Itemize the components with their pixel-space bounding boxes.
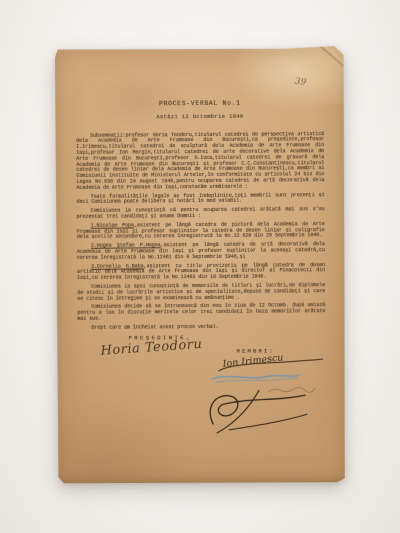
- blue-pencil-signature-scribble: [209, 369, 303, 388]
- paragraph-memoriile: Comisiunea ia apoi cunoștință de memorii…: [77, 283, 325, 302]
- paragraph-closing: Drept care am încheiat acest proces verb…: [77, 324, 325, 332]
- paper-sheet: 39 PROCES-VERBAL No.1 Astăzi 12 Octombri…: [54, 46, 346, 485]
- member-signature-flourish: [199, 387, 311, 436]
- document-date: Astăzi 12 Octombrie 1946: [76, 114, 324, 122]
- president-signature: Horia Teodoru: [100, 337, 203, 359]
- pencil-note-scribble: [267, 385, 317, 395]
- paragraph-candidates-intro: Comisiunea ia cunoștință că pentru ocupa…: [77, 207, 325, 220]
- document-title: PROCES-VERBAL No.1: [76, 100, 324, 108]
- paragraph-intro: Subsemnații:profesor Horia Teodoru,titul…: [76, 132, 324, 192]
- paragraph-decision: Comisiunea decide să se întrunească din …: [77, 303, 325, 322]
- paragraph-formalities: Toate formalitățile legale au fost îndep…: [77, 193, 325, 206]
- signature-block: PREȘEDINTE, Horia Teodoru MEMBRI: Ion Ir…: [56, 333, 346, 485]
- candidate-item: 3.Corneliu G.Baba,asistent cu titlu prov…: [77, 263, 325, 282]
- candidate-item: 2.Hogea Ștefan P.Hogea,asistent pe lângă…: [77, 242, 325, 261]
- document-paper: 39 PROCES-VERBAL No.1 Astăzi 12 Octombri…: [54, 46, 346, 485]
- photo-backdrop: 39 PROCES-VERBAL No.1 Astăzi 12 Octombri…: [0, 0, 400, 533]
- member-signature-irimescu: Ion Irimescu: [222, 352, 284, 370]
- candidate-item: 1.Nicolae Popa,asistent pe lângă catedra…: [77, 222, 325, 241]
